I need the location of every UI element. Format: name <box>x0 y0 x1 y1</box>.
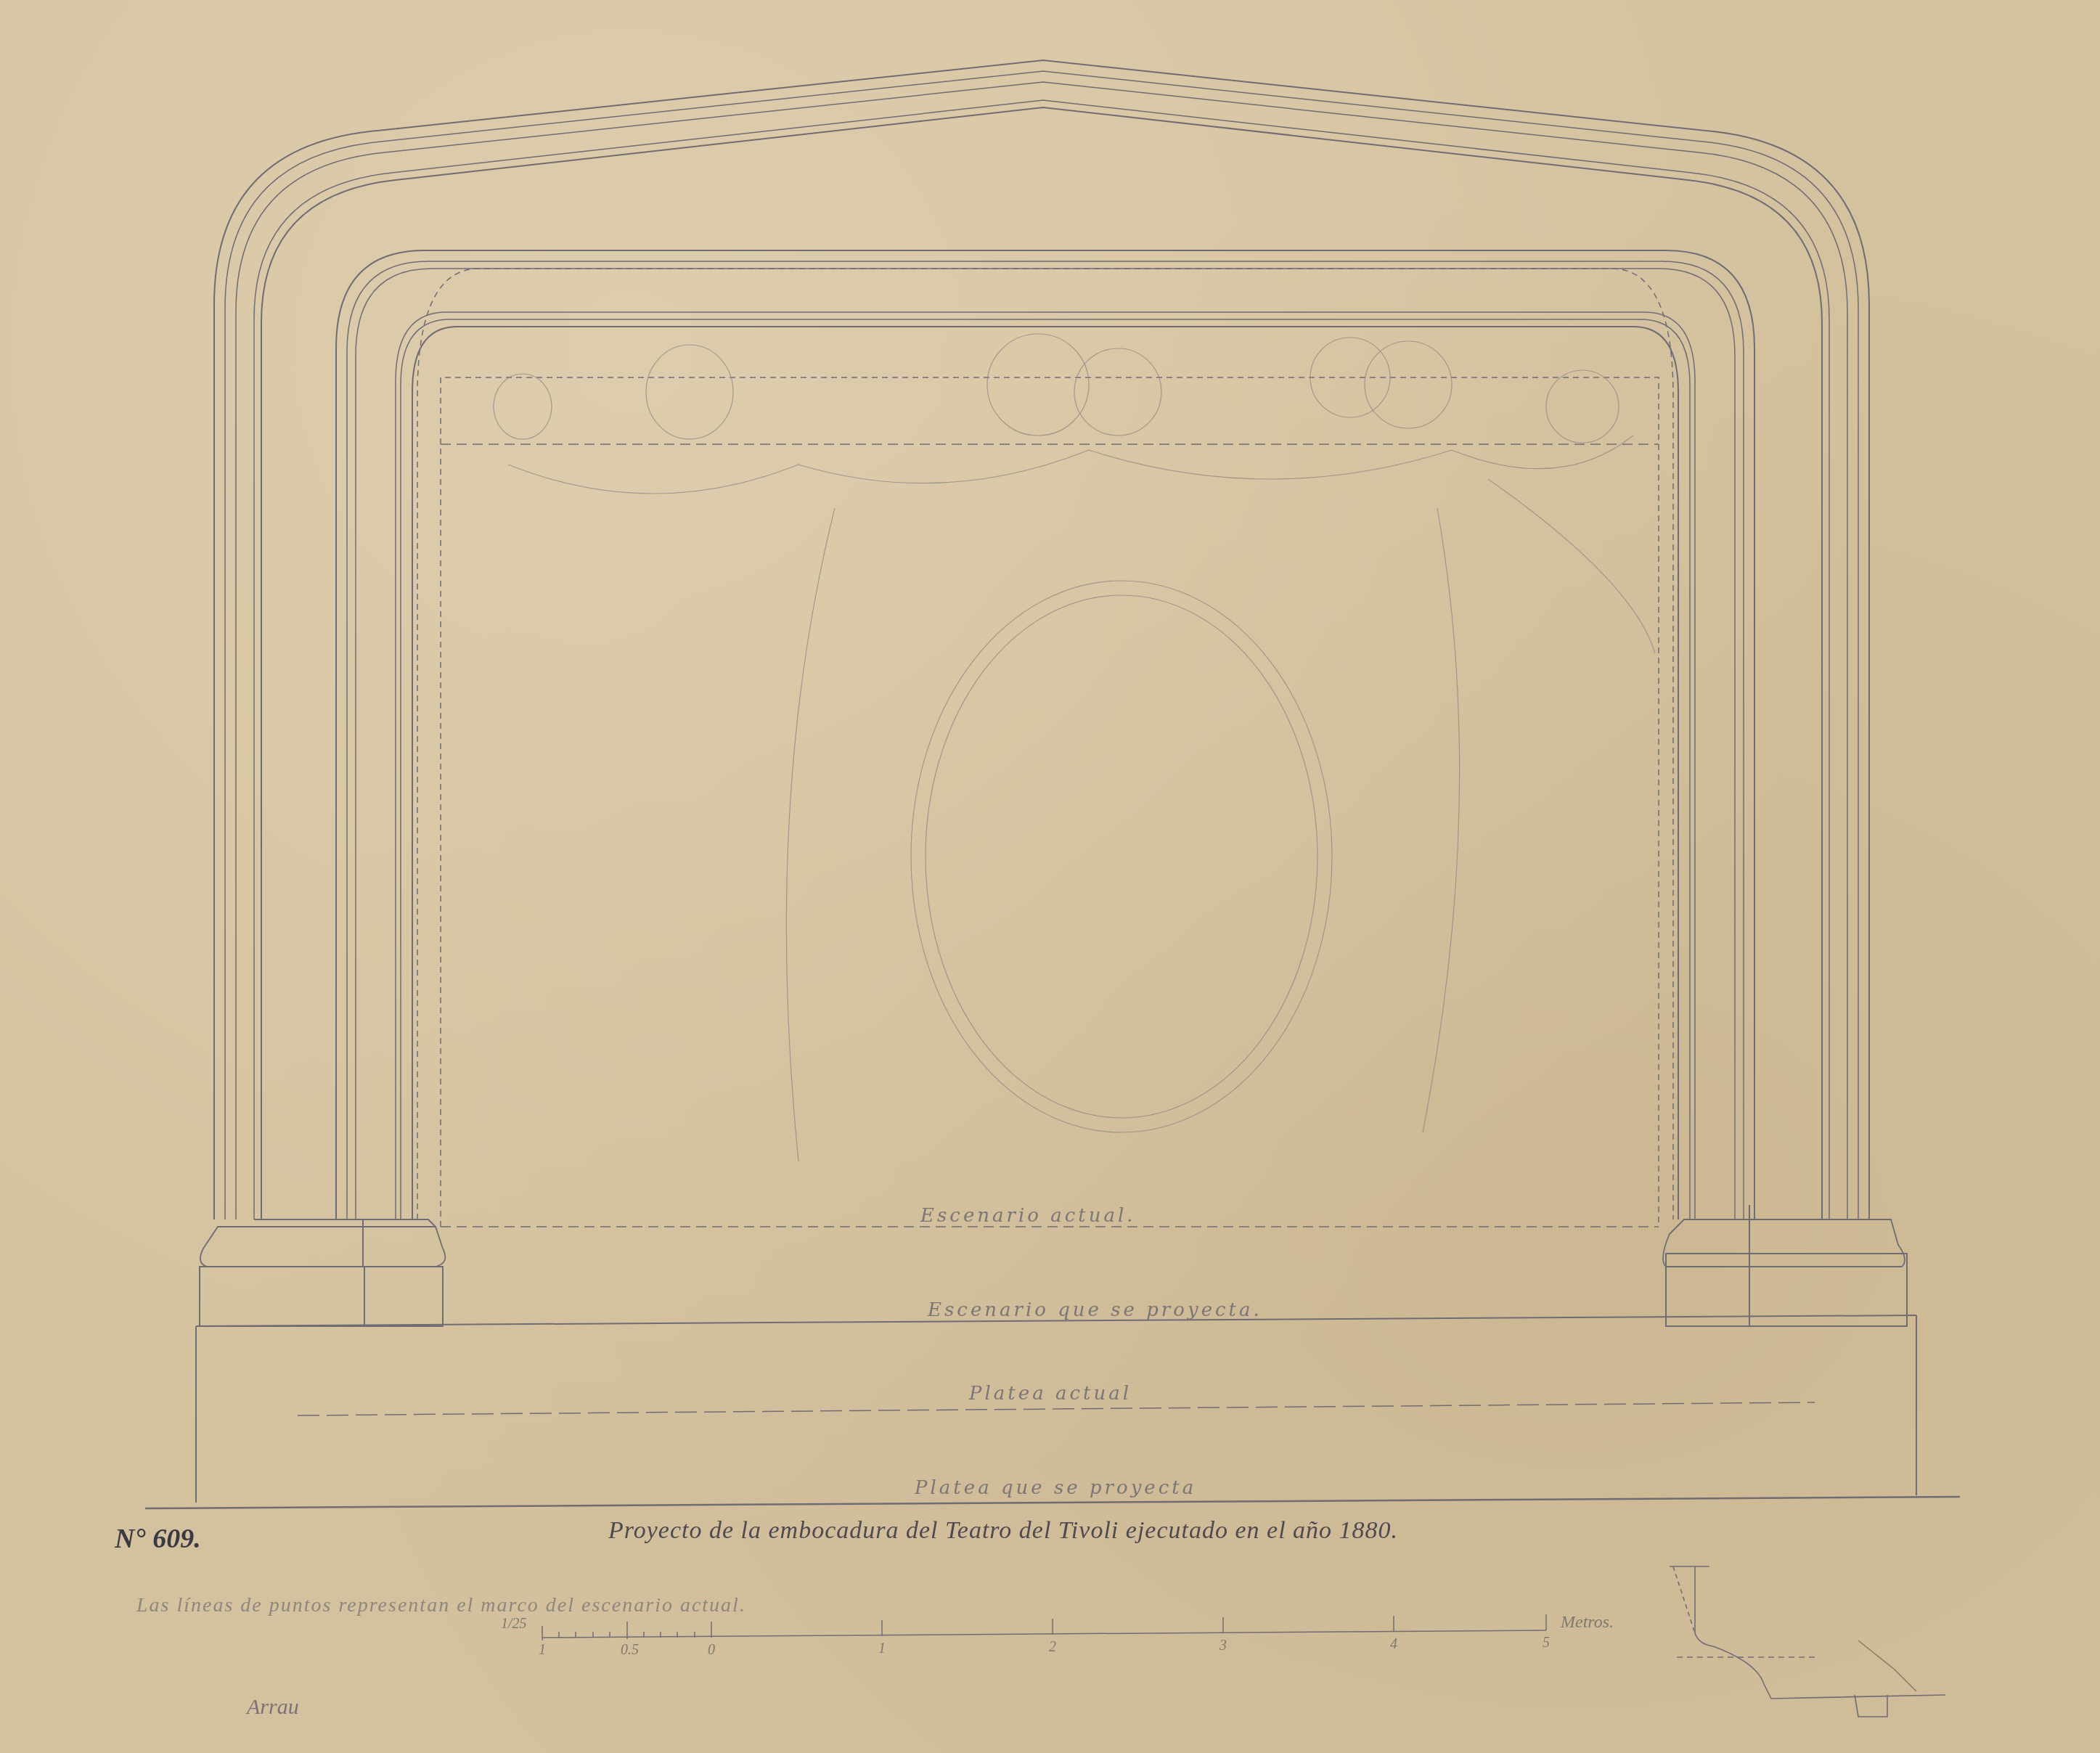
scale-tick: 0 <box>708 1642 715 1659</box>
outer-frame <box>214 60 1869 1219</box>
signature: Arrau <box>247 1695 299 1720</box>
label-platea-actual: Platea actual <box>969 1383 1132 1405</box>
scale-tick: 4 <box>1390 1636 1397 1653</box>
scale-tick: 2 <box>1049 1639 1056 1656</box>
scale-tick: 5 <box>1543 1635 1550 1651</box>
scale-ratio: 1/25 <box>501 1616 527 1633</box>
right-column-base <box>1663 1205 1907 1326</box>
scale-unit: Metros. <box>1561 1613 1614 1633</box>
inner-arch-frame <box>336 250 1754 1227</box>
label-escenario-que-se-proyecta: Escenario que se proyecta. <box>928 1299 1262 1321</box>
dotted-lines-note: Las líneas de puntos representan el marc… <box>136 1594 746 1617</box>
molding-profile-detail <box>1670 1566 1945 1717</box>
scale-tick: 1 <box>878 1640 886 1657</box>
scale-tick: 3 <box>1219 1638 1227 1654</box>
label-platea-que-se-proyecta: Platea que se proyecta <box>915 1477 1196 1499</box>
drawing-title: Proyecto de la embocadura del Teatro del… <box>608 1517 1398 1545</box>
scale-tick: 1 <box>539 1642 546 1659</box>
catalog-number: N° 609. <box>115 1523 201 1555</box>
drapery-sketch <box>494 334 1655 1161</box>
stage-block <box>145 1227 1960 1508</box>
left-column-base <box>200 1219 445 1326</box>
label-escenario-actual: Escenario actual. <box>920 1205 1136 1227</box>
scale-tick: 0.5 <box>621 1642 639 1659</box>
